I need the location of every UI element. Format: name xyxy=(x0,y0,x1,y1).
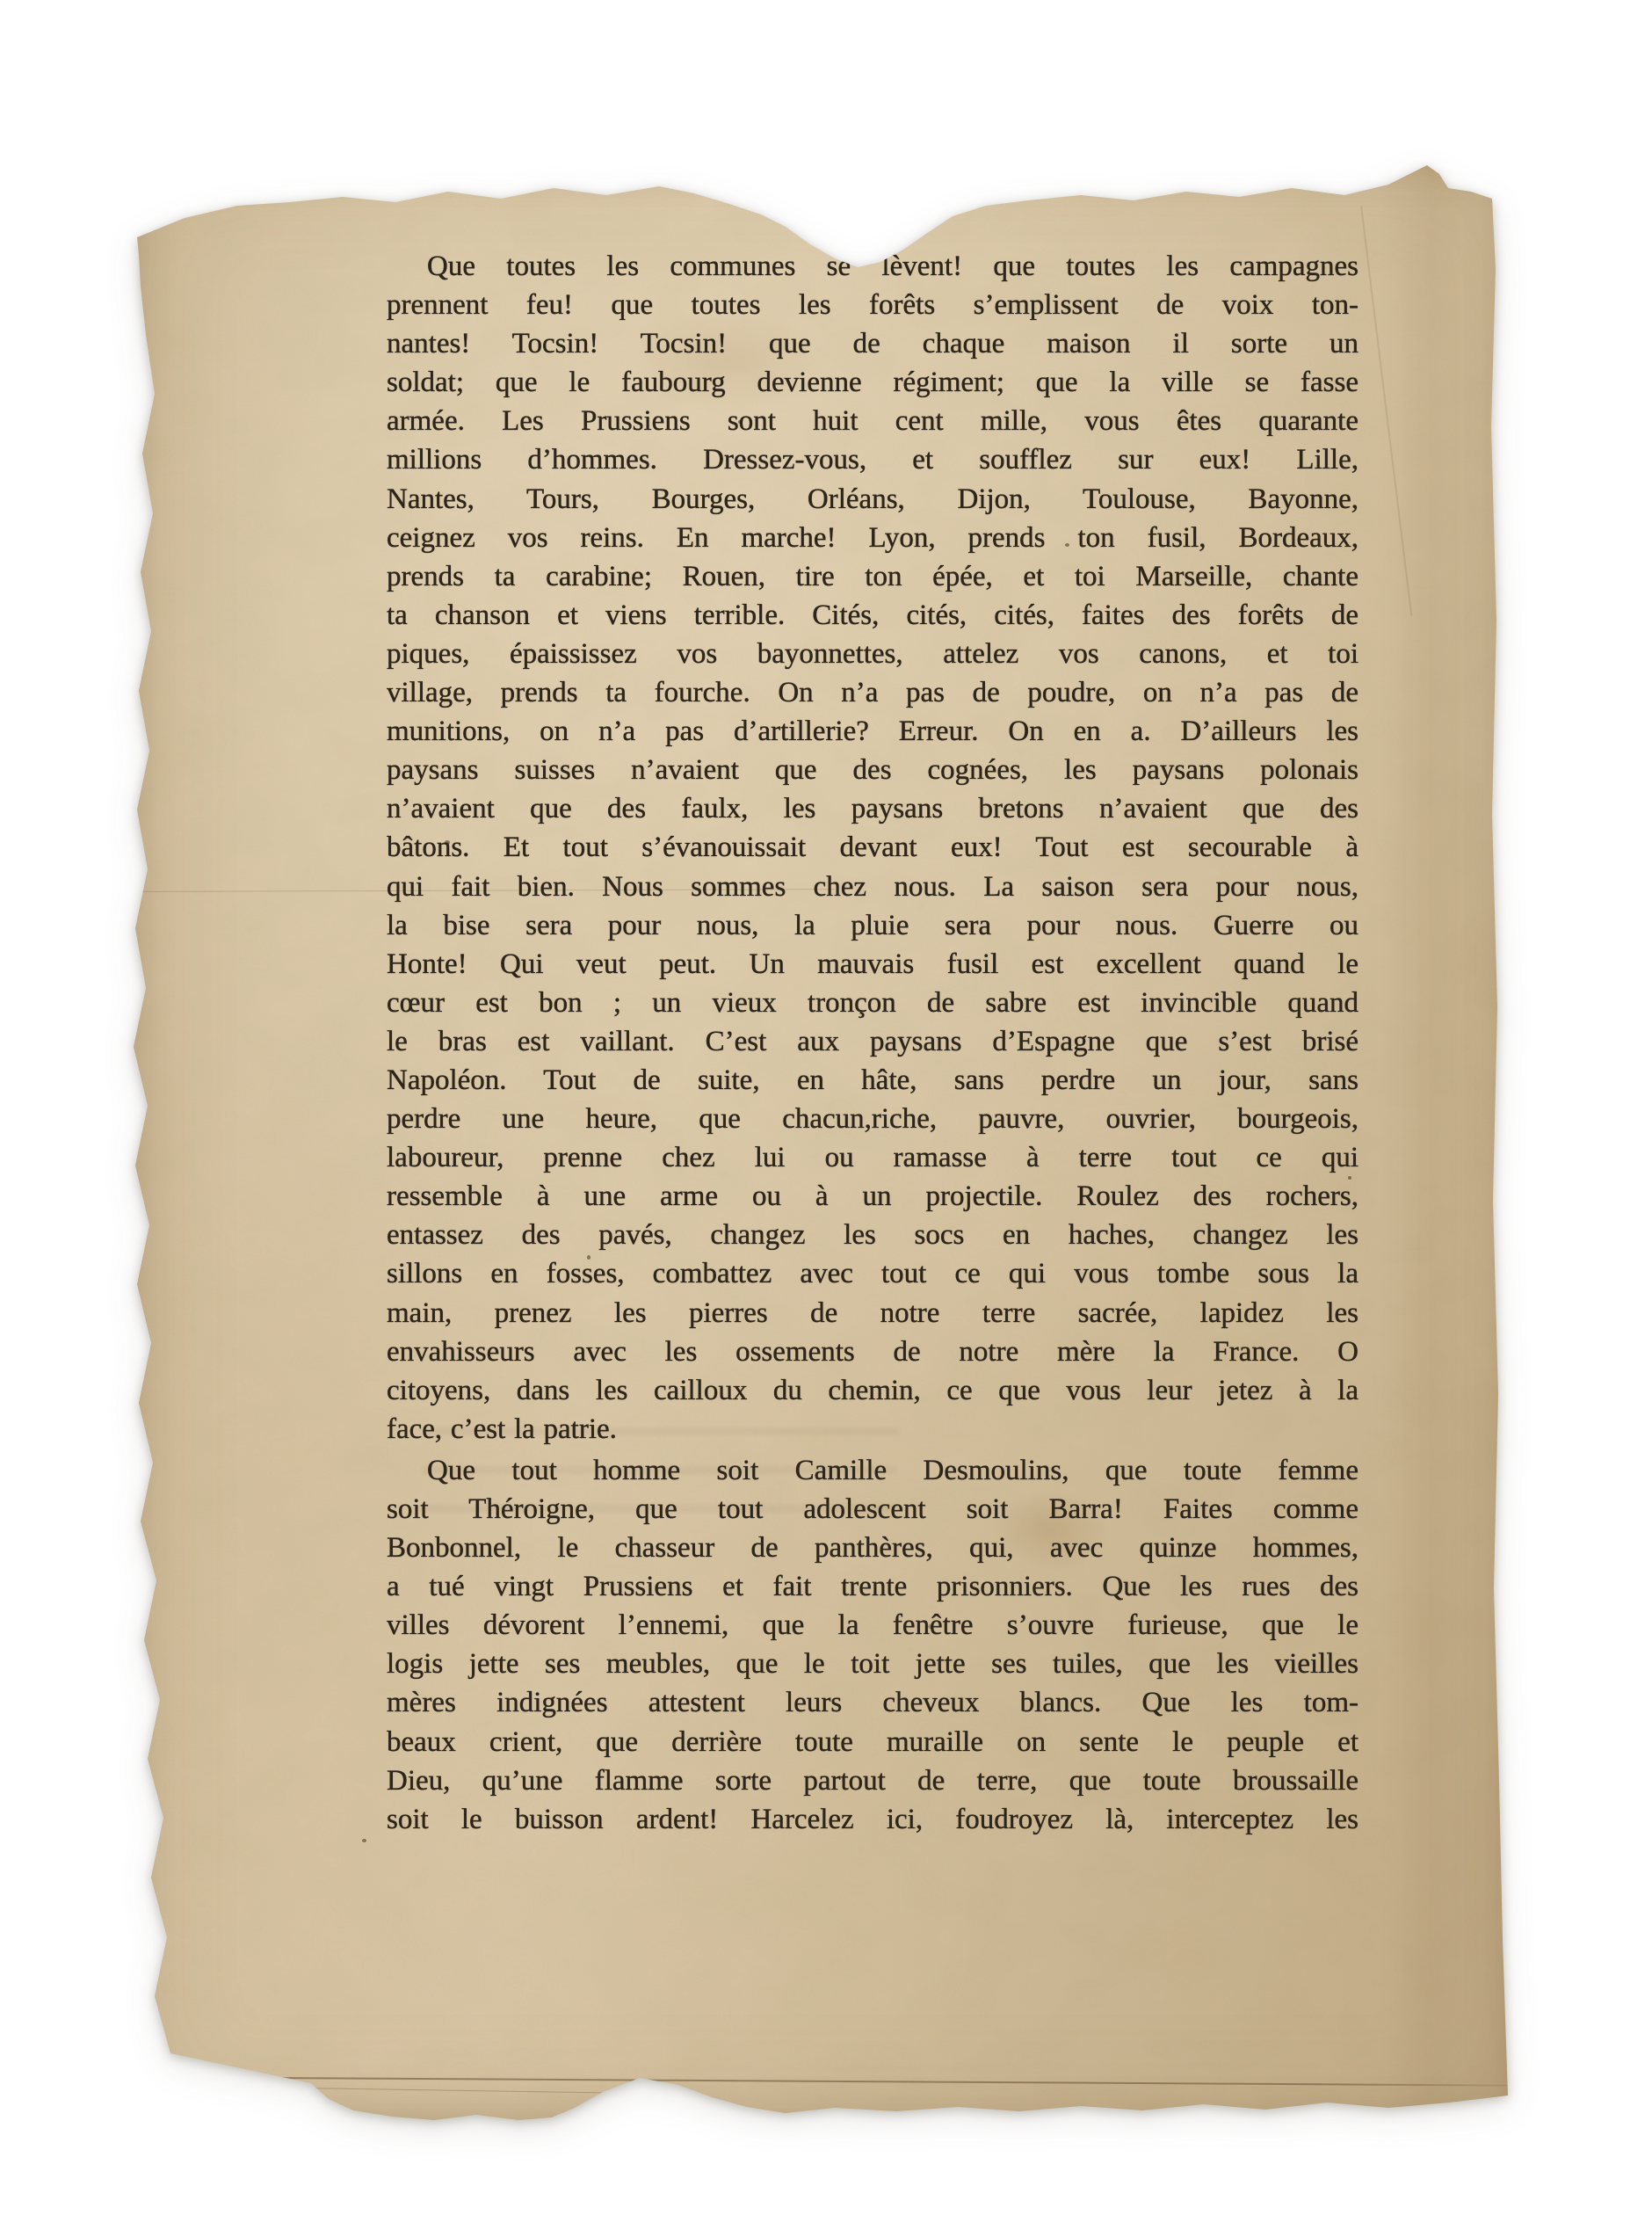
paper-speck xyxy=(362,1839,366,1842)
text-line: soit Théroigne, que tout adolescent soit… xyxy=(387,1490,1359,1529)
text-line: prends ta carabine; Rouen, tire ton épée… xyxy=(387,557,1359,596)
crease-top-right xyxy=(1360,206,1412,616)
page-number: — 8 — xyxy=(387,185,1359,214)
text-line: beaux crient, que derrière toute muraill… xyxy=(387,1723,1359,1761)
text-line: piques, épaississez vos bayonnettes, att… xyxy=(387,635,1359,673)
text-line: ta chanson et viens terrible. Cités, cit… xyxy=(387,596,1359,635)
scan-background: — 8 — Que toutes les communes se lèvent!… xyxy=(0,0,1652,2237)
text-line: millions d’hommes. Dressez-vous, et souf… xyxy=(387,440,1359,479)
text-line: bâtons. Et tout s’évanouissait devant eu… xyxy=(387,828,1359,867)
text-line: le bras est vaillant. C’est aux paysans … xyxy=(387,1022,1359,1061)
document-page: — 8 — Que toutes les communes se lèvent!… xyxy=(132,163,1508,2120)
text-line: paysans suisses n’avaient que des cognée… xyxy=(387,751,1359,789)
text-line: perdre une heure, que chacun,riche, pauv… xyxy=(387,1100,1359,1138)
text-line: cœur est bon ; un vieux tronçon de sabre… xyxy=(387,984,1359,1022)
text-line: soit le buisson ardent! Harcelez ici, fo… xyxy=(387,1800,1359,1839)
text-line: Que tout homme soit Camille Desmoulins, … xyxy=(387,1451,1359,1490)
text-line: citoyens, dans les cailloux du chemin, c… xyxy=(387,1371,1359,1410)
text-line: Bonbonnel, le chasseur de panthères, qui… xyxy=(387,1529,1359,1567)
text-line: ressemble à une arme ou à un projectile.… xyxy=(387,1177,1359,1216)
text-line: logis jette ses meubles, que le toit jet… xyxy=(387,1645,1359,1683)
text-line: n’avaient que des faulx, les paysans bre… xyxy=(387,789,1359,828)
text-line: villes dévorent l’ennemi, que la fenêtre… xyxy=(387,1606,1359,1645)
text-line: Dieu, qu’une flamme sorte partout de ter… xyxy=(387,1761,1359,1800)
right-margin-shading xyxy=(1380,163,1494,2120)
text-line: face, c’est la patrie. xyxy=(387,1410,1359,1449)
text-line: laboureur, prenne chez lui ou ramasse à … xyxy=(387,1138,1359,1177)
document-page-wrapper: — 8 — Que toutes les communes se lèvent!… xyxy=(132,163,1508,2120)
fold-crease-bottom xyxy=(132,2076,1508,2087)
text-line: armée. Les Prussiens sont huit cent mill… xyxy=(387,402,1359,440)
text-line: nantes! Tocsin! Tocsin! que de chaque ma… xyxy=(387,324,1359,363)
text-line: main, prenez les pierres de notre terre … xyxy=(387,1294,1359,1333)
text-line: village, prends ta fourche. On n’a pas d… xyxy=(387,673,1359,712)
text-line: qui fait bien. Nous sommes chez nous. La… xyxy=(387,868,1359,906)
text-line: soldat; que le faubourg devienne régimen… xyxy=(387,363,1359,402)
text-line: Que toutes les communes se lèvent! que t… xyxy=(387,247,1359,286)
text-line: Napoléon. Tout de suite, en hâte, sans p… xyxy=(387,1061,1359,1100)
paragraph-2: Que tout homme soit Camille Desmoulins, … xyxy=(387,1451,1359,1839)
text-line: prennent feu! que toutes les forêts s’em… xyxy=(387,286,1359,324)
body-text: Que toutes les communes se lèvent! que t… xyxy=(387,247,1359,1839)
text-line: entassez des pavés, changez les socs en … xyxy=(387,1216,1359,1254)
fold-crease-bottom-secondary xyxy=(132,2085,624,2094)
text-line: sillons en fosses, combattez avec tout c… xyxy=(387,1254,1359,1293)
text-line: ceignez vos reins. En marche! Lyon, pren… xyxy=(387,519,1359,557)
text-line: Honte! Qui veut peut. Un mauvais fusil e… xyxy=(387,945,1359,984)
text-line: la bise sera pour nous, la pluie sera po… xyxy=(387,906,1359,945)
text-line: munitions, on n’a pas d’artillerie? Erre… xyxy=(387,712,1359,751)
text-line: a tué vingt Prussiens et fait trente pri… xyxy=(387,1567,1359,1606)
text-line: envahisseurs avec les ossements de notre… xyxy=(387,1333,1359,1371)
text-line: mères indignées attestent leurs cheveux … xyxy=(387,1683,1359,1722)
paragraph-1: Que toutes les communes se lèvent! que t… xyxy=(387,247,1359,1449)
text-line: Nantes, Tours, Bourges, Orléans, Dijon, … xyxy=(387,480,1359,519)
